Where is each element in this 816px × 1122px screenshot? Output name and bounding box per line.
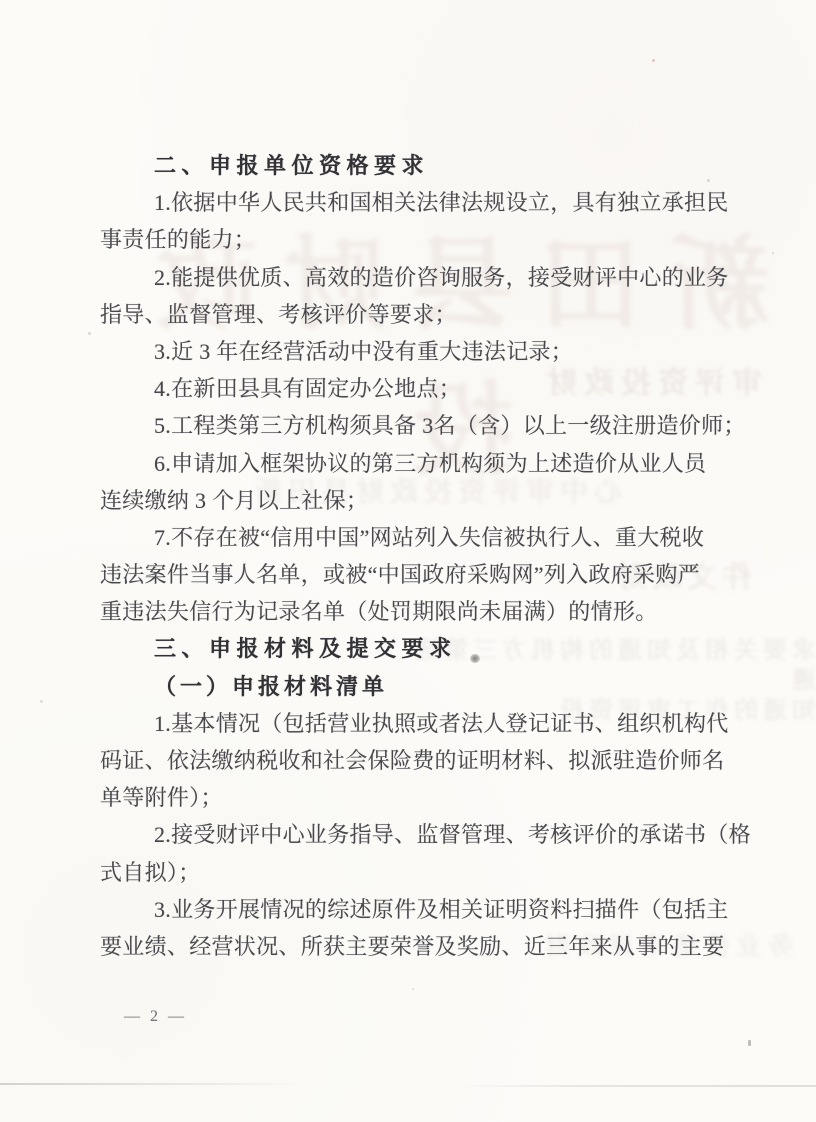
doc-line: 1.基本情况（包括营业执照或者法人登记证书、组织机构代 — [100, 705, 728, 742]
doc-line: 指导、监督管理、考核评价等要求； — [100, 296, 728, 333]
scanned-document-page: { "document": { "lines": [ { "text": "二、… — [0, 0, 816, 1122]
doc-line: 4.在新田县具有固定办公地点； — [100, 370, 728, 407]
scan-speck — [652, 59, 655, 62]
doc-line: 3.业务开展情况的综述原件及相关证明资料扫描件（包括主 — [100, 891, 728, 928]
doc-subheading: （一）申报材料清单 — [100, 668, 728, 705]
scan-streak — [452, 1085, 816, 1087]
doc-line: 2.接受财评中心业务指导、监督管理、考核评价的承诺书（格 — [100, 816, 728, 853]
doc-line: 6.申请加入框架协议的第三方机构须为上述造价从业人员 — [100, 445, 728, 482]
doc-line: 7.不存在被“信用中国”网站列入失信被执行人、重大税收 — [100, 519, 728, 556]
scan-speck — [772, 252, 774, 254]
scan-speck — [40, 700, 43, 703]
doc-line: 码证、依法缴纳税收和社会保险费的证明材料、拟派驻造价师名 — [100, 742, 728, 779]
scan-speck — [412, 988, 414, 990]
doc-line: 2.能提供优质、高效的造价咨询服务，接受财评中心的业务 — [100, 259, 728, 296]
doc-heading: 二、申报单位资格要求 — [100, 147, 728, 184]
doc-line: 单等附件）； — [100, 779, 728, 816]
doc-line: 事责任的能力； — [100, 221, 728, 258]
doc-line: 5.工程类第三方机构须具备 3名（含）以上一级注册造价师； — [100, 407, 728, 444]
page-number: — 2 — — [124, 1008, 187, 1026]
doc-line: 要业绩、经营状况、所获主要荣誉及奖励、近三年来从事的主要 — [100, 928, 728, 965]
doc-heading: 三、申报材料及提交要求 — [100, 630, 728, 667]
doc-line: 3.近 3 年在经营活动中没有重大违法记录； — [100, 333, 728, 370]
scan-speck — [748, 1040, 751, 1046]
doc-line: 重违法失信行为记录名单（处罚期限尚未届满）的情形。 — [100, 593, 728, 630]
scan-speck — [88, 332, 91, 335]
scan-streak — [0, 1083, 302, 1085]
document-body: 二、申报单位资格要求1.依据中华人民共和国相关法律法规设立，具有独立承担民事责任… — [100, 147, 728, 965]
doc-line: 1.依据中华人民共和国相关法律法规设立，具有独立承担民 — [100, 184, 728, 221]
doc-line: 式自拟）； — [100, 854, 728, 891]
doc-line: 违法案件当事人名单，或被“中国政府采购网”列入政府采购严 — [100, 556, 728, 593]
doc-line: 连续缴纳 3 个月以上社保； — [100, 482, 728, 519]
